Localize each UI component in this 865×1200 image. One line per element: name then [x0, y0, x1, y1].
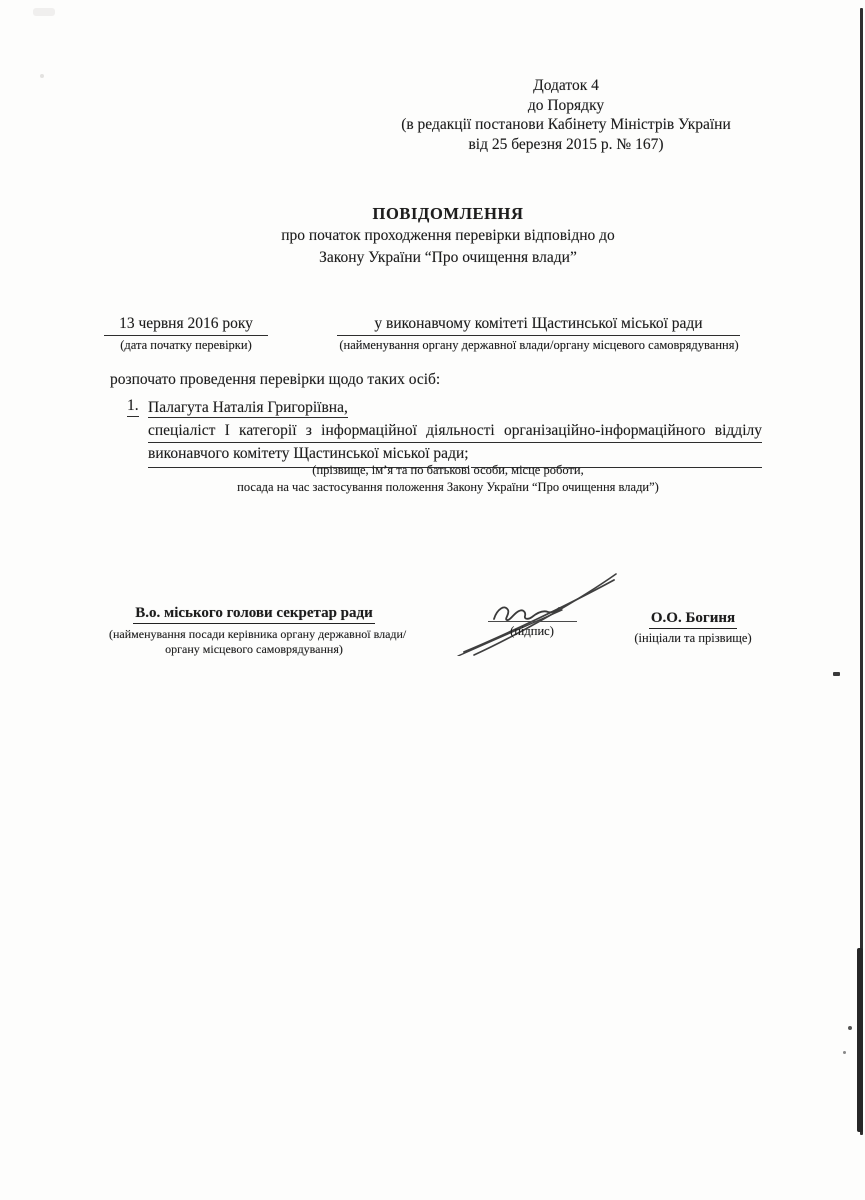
- scan-artifact-smudge: [33, 8, 55, 16]
- annex-header: Додаток 4 до Порядку (в редакції постано…: [385, 76, 747, 154]
- authority-field: у виконавчому комітеті Щастинської міськ…: [337, 315, 740, 353]
- person-entry-caption: (прізвище, ім’я та по батькові особи, мі…: [128, 462, 768, 495]
- date-caption: (дата початку перевірки): [104, 338, 268, 353]
- list-item: Палагута Наталія Григоріївна, спеціаліст…: [148, 397, 762, 468]
- signer-name: О.О. Богиня: [649, 610, 737, 629]
- signer-position: В.о. міського голови секретар ради: [133, 605, 375, 624]
- title-subtitle-line: Закону України “Про очищення влади”: [233, 247, 663, 269]
- annex-line: до Порядку: [385, 96, 747, 116]
- signer-name-caption: (ініціали та прізвище): [613, 631, 773, 646]
- signer-position-caption: (найменування посади керівника органу де…: [109, 627, 399, 656]
- authority-value: у виконавчому комітеті Щастинської міськ…: [337, 315, 740, 336]
- scan-artifact-dot: [843, 1051, 846, 1054]
- signer-name-block: О.О. Богиня (ініціали та прізвище): [613, 609, 773, 646]
- scan-artifact-dot: [40, 74, 44, 78]
- signer-position-block: В.о. міського голови секретар ради (найм…: [109, 604, 399, 656]
- annex-line: (в редакції постанови Кабінету Міністрів…: [385, 115, 747, 135]
- date-value: 13 червня 2016 року: [104, 315, 268, 336]
- person-name-line: Палагута Наталія Григоріївна,: [148, 397, 762, 420]
- scanned-document-page: Додаток 4 до Порядку (в редакції постано…: [0, 0, 865, 1200]
- title-main: ПОВІДОМЛЕННЯ: [233, 203, 663, 225]
- annex-line: Додаток 4: [385, 76, 747, 96]
- signature-caption: (підпис): [482, 624, 582, 639]
- person-position-line: спеціаліст І категорії з інформаційної д…: [148, 420, 762, 444]
- date-field: 13 червня 2016 року (дата початку переві…: [104, 315, 268, 353]
- handwritten-signature: [450, 572, 618, 656]
- annex-line: від 25 березня 2015 р. № 167): [385, 135, 747, 155]
- scan-artifact-mark: [833, 672, 840, 676]
- list-item-number: 1.: [127, 397, 139, 417]
- title-subtitle-line: про початок проходження перевірки відпов…: [233, 225, 663, 247]
- document-title: ПОВІДОМЛЕННЯ про початок проходження пер…: [233, 203, 663, 269]
- authority-caption: (найменування органу державної влади/орг…: [309, 338, 769, 353]
- scan-artifact-dot: [848, 1026, 852, 1030]
- signature-rule: [488, 621, 577, 622]
- intro-paragraph: розпочато проведення перевірки щодо таки…: [110, 371, 440, 389]
- scan-edge-line-thick: [857, 948, 863, 1132]
